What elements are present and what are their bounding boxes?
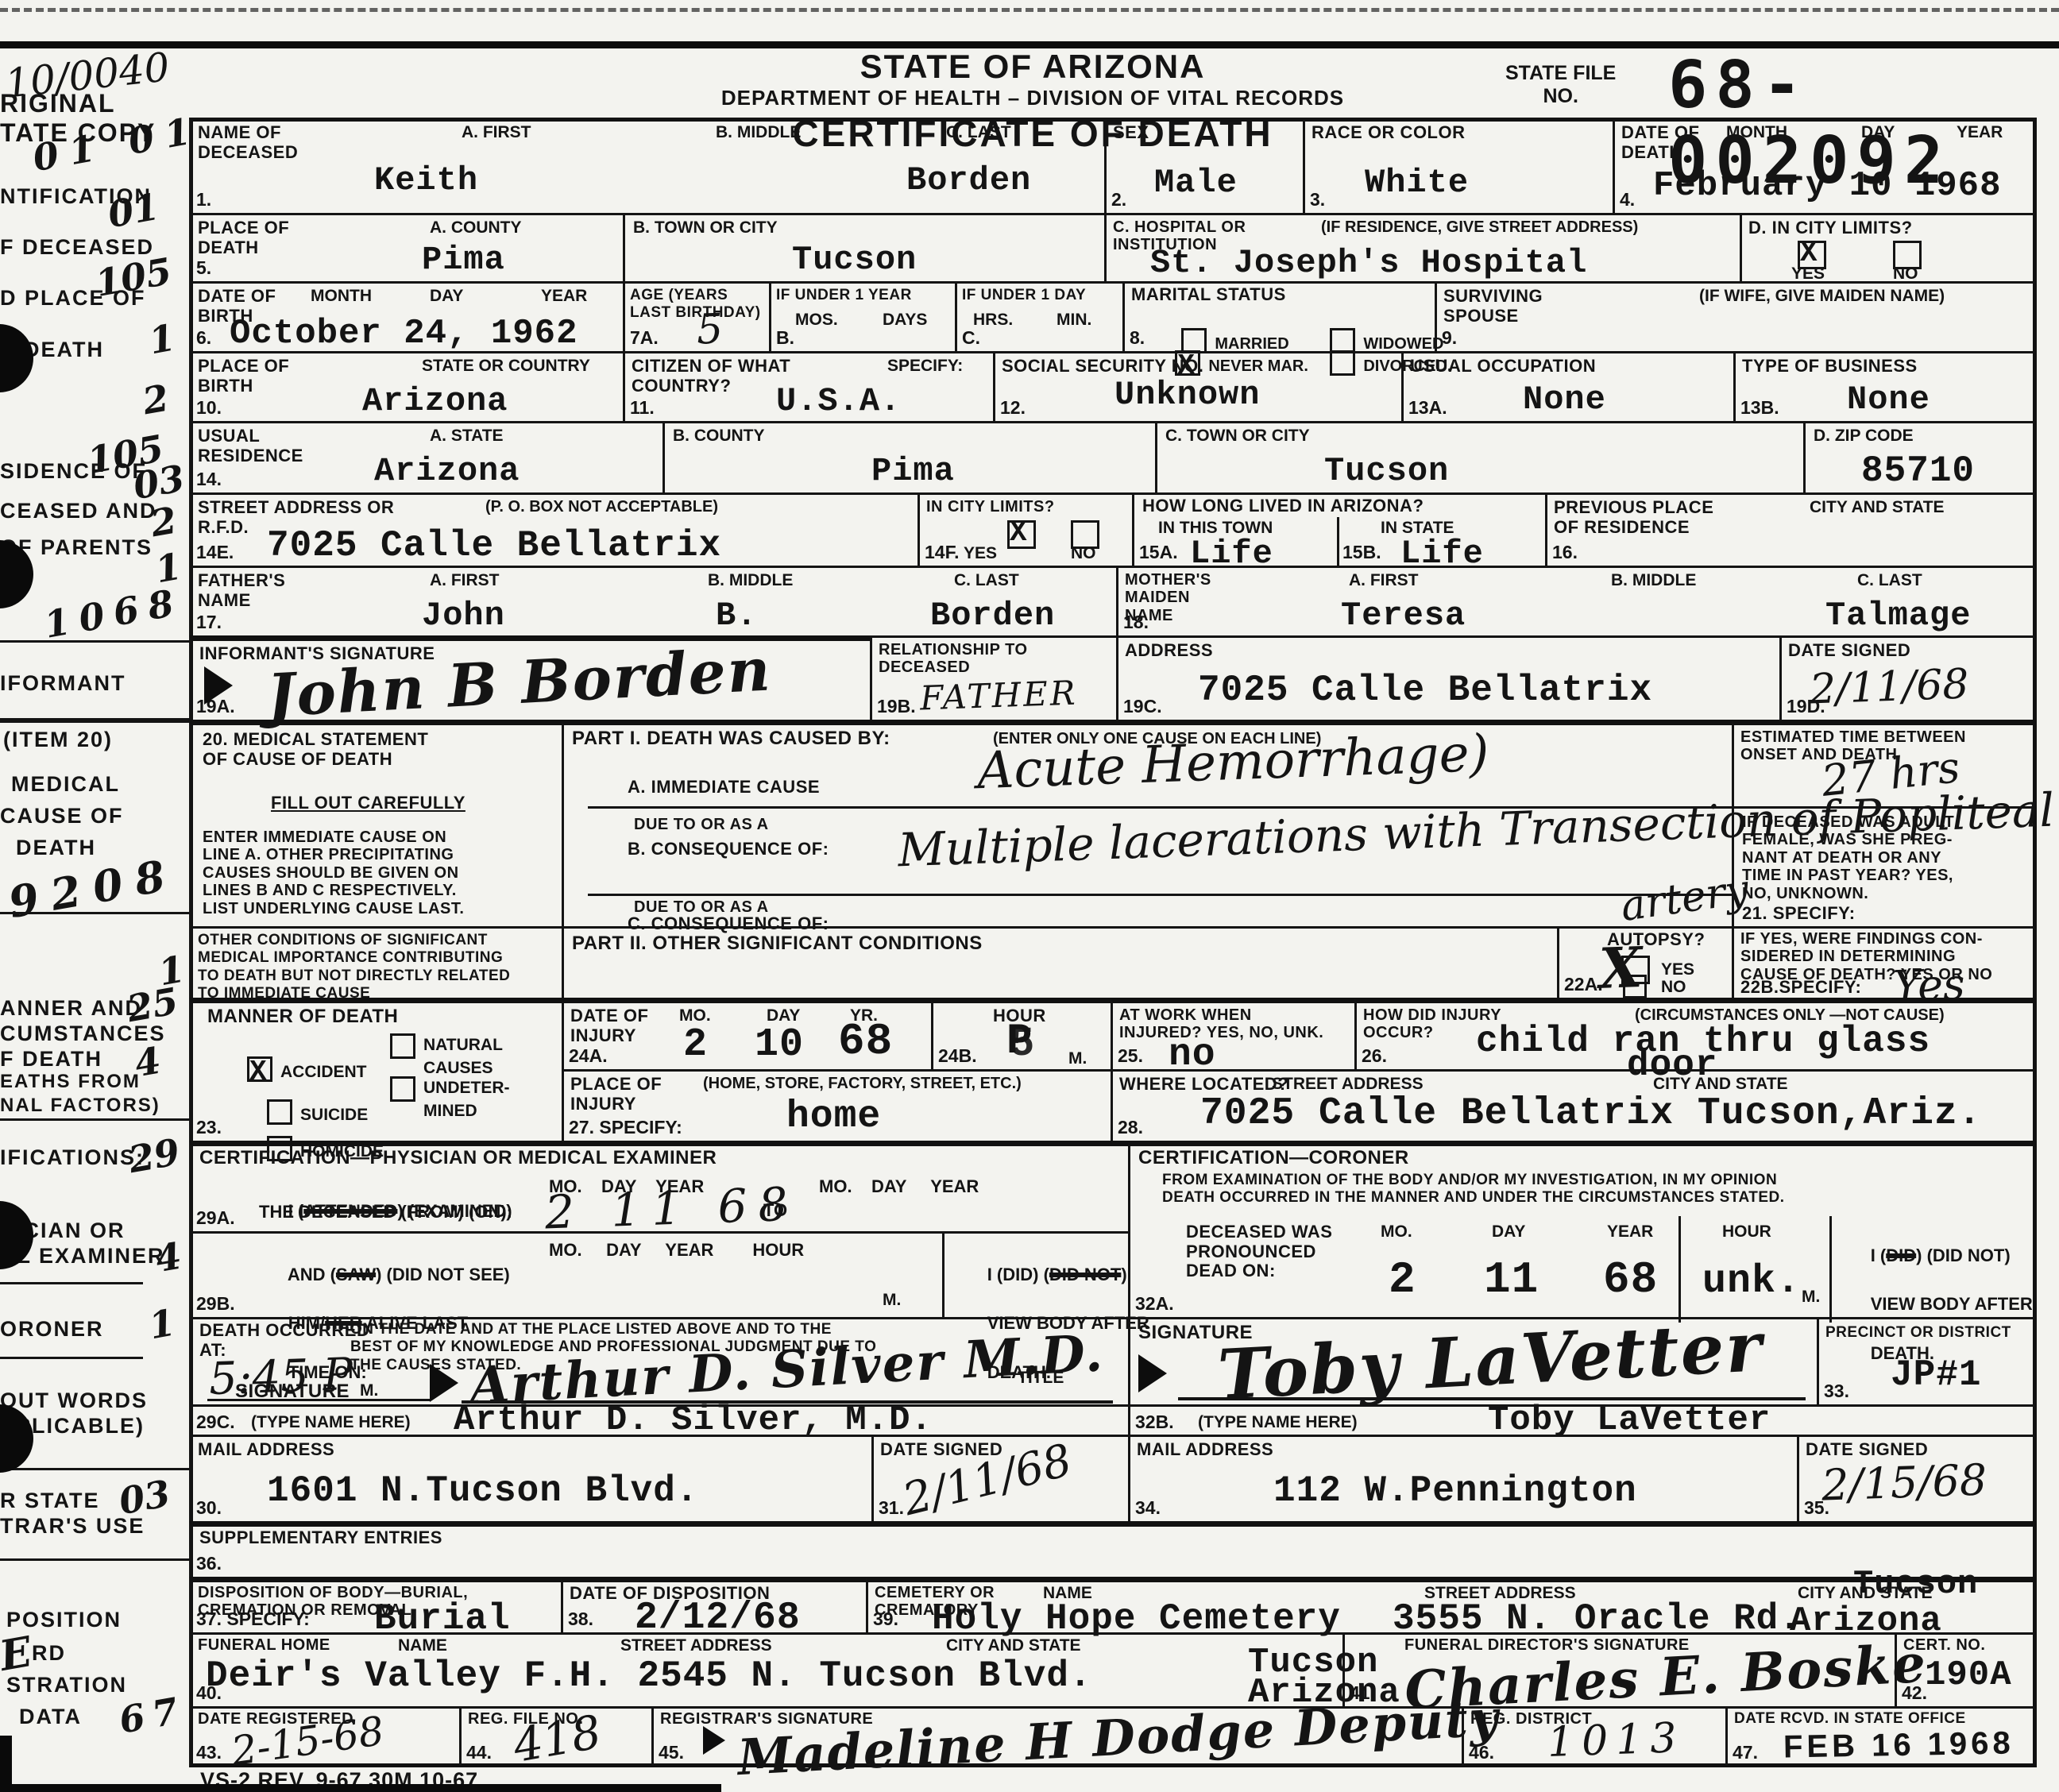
sub-county: B. COUNTY bbox=[673, 427, 765, 446]
field-zip-code: D. ZIP CODE 85710 bbox=[1803, 421, 2035, 492]
value-pronounced-day: 11 bbox=[1484, 1254, 1539, 1305]
value-occupation: None bbox=[1523, 380, 1606, 419]
divider bbox=[1337, 517, 1339, 566]
label: WHERE LOCATED? bbox=[1119, 1075, 1288, 1095]
field-cert-no: CERT. NO. 42. 190A bbox=[1895, 1632, 2035, 1706]
field-residence-state: USUAL RESIDENCE A. STATE 14. Arizona bbox=[189, 421, 663, 492]
label: PLACE OF BIRTH bbox=[198, 357, 289, 396]
sub-months: MOS. bbox=[795, 311, 838, 330]
death-certificate-scan: 10/0040 RIGINAL TATE COPY STATE OF ARIZO… bbox=[0, 0, 2059, 1792]
value-date-of-death: February 10 1968 bbox=[1653, 166, 2001, 206]
type-name-label: (TYPE NAME HERE) bbox=[251, 1413, 411, 1432]
struck-did-not: DID NOT bbox=[1049, 1265, 1121, 1284]
margin-informant: IFORMANT bbox=[0, 671, 126, 696]
field-precinct: PRECINCT OR DISTRICT 33. JP#1 bbox=[1817, 1317, 2035, 1404]
sub-last: C. LAST bbox=[946, 123, 1011, 142]
signature-arrow-icon bbox=[1138, 1354, 1167, 1392]
sub-county: A. COUNTY bbox=[430, 218, 522, 238]
item-number: 23. bbox=[196, 1117, 222, 1138]
value-father-last: Borden bbox=[930, 597, 1055, 635]
field-place-of-birth: PLACE OF BIRTH STATE OR COUNTRY 10. Ariz… bbox=[189, 351, 623, 421]
divider bbox=[1829, 1216, 1832, 1323]
field-surviving-spouse: SURVIVING SPOUSE (IF WIFE, GIVE MAIDEN N… bbox=[1435, 281, 2035, 351]
item-number: 3. bbox=[1310, 189, 1325, 210]
label: FUNERAL HOME bbox=[198, 1636, 330, 1654]
field-date-of-disposition: DATE OF DISPOSITION 38. 2/12/68 bbox=[561, 1577, 866, 1632]
sub-town: B. TOWN OR CITY bbox=[633, 218, 778, 238]
item-number: 26. bbox=[1362, 1045, 1387, 1067]
label: PREVIOUS PLACE OF RESIDENCE bbox=[1554, 498, 1713, 537]
item-number: 45. bbox=[659, 1742, 684, 1763]
margin-hw-4b: 4 bbox=[153, 1234, 185, 1281]
value-race: White bbox=[1365, 164, 1469, 202]
sub-state: A. STATE bbox=[430, 427, 504, 446]
item-number: 19B. bbox=[877, 696, 916, 717]
signature-arrow-icon bbox=[703, 1726, 725, 1755]
manner-natural: NATURAL CAUSES bbox=[390, 1033, 503, 1080]
value-birthplace: Arizona bbox=[362, 382, 508, 420]
label: SEX bbox=[1113, 123, 1149, 143]
text: OTHER CONDITIONS OF SIGNIFICANT MEDICAL … bbox=[198, 932, 510, 1003]
field-physician-mail-address: MAIL ADDRESS 30. 1601 N.Tucson Blvd. bbox=[189, 1435, 871, 1521]
value-date-signed: 2/15/68 bbox=[1821, 1454, 1988, 1510]
item-number: 29B. bbox=[196, 1293, 235, 1315]
label: SOCIAL SECURITY NO. bbox=[1002, 357, 1203, 377]
item-number: 44. bbox=[466, 1742, 492, 1763]
value-mail-address: 112 W.Pennington bbox=[1273, 1470, 1637, 1512]
item-number: 32B. bbox=[1135, 1412, 1174, 1433]
certification-title: CERTIFICATION—CORONER bbox=[1138, 1148, 1409, 1169]
value-mother-last: Talmage bbox=[1825, 597, 1971, 635]
value-injury-year: 68 bbox=[838, 1016, 893, 1067]
natural-label: NATURAL CAUSES bbox=[423, 1033, 503, 1080]
item-number: 14E. bbox=[196, 542, 234, 563]
instructions: ENTER IMMEDIATE CAUSE ON LINE A. OTHER P… bbox=[203, 828, 464, 917]
value-residence-state: Arizona bbox=[374, 452, 520, 490]
m-label: M. bbox=[360, 1381, 378, 1400]
margin-registrars-use: TRAR'S USE bbox=[0, 1514, 145, 1539]
yes-label: YES bbox=[964, 544, 997, 563]
field-citizen-of: CITIZEN OF WHAT COUNTRY? SPECIFY: 11. U.… bbox=[623, 351, 993, 421]
value-date-signed: 2/11/68 bbox=[1809, 661, 1969, 714]
value-hour-p: P bbox=[1006, 1018, 1033, 1066]
m-label: M. bbox=[1068, 1049, 1087, 1068]
margin-death-2: DEATH bbox=[16, 836, 96, 860]
label: DATE OF INJURY bbox=[570, 1006, 648, 1045]
field-residence-city: C. TOWN OR CITY Tucson bbox=[1155, 421, 1803, 492]
value-informant-address: 7025 Calle Bellatrix bbox=[1198, 670, 1652, 711]
value-first-name: Keith bbox=[374, 161, 478, 199]
value-pronounced-month: 2 bbox=[1389, 1254, 1416, 1305]
field-date-of-injury: DATE OF INJURY MO. DAY YR. 24A. 2 10 68 bbox=[562, 998, 931, 1069]
deceased-from-on: THE DECEASED (FROM) (ON): bbox=[259, 1200, 512, 1225]
field-reg-district: REG. DISTRICT 46. 1013 bbox=[1462, 1706, 1725, 1766]
no-label: NO bbox=[1661, 978, 1686, 997]
label: USUAL RESIDENCE bbox=[198, 427, 303, 465]
value-mail-address: 1601 N.Tucson Blvd. bbox=[267, 1470, 699, 1512]
margin-divider bbox=[0, 1558, 189, 1561]
field-date-registered: DATE REGISTERED 43. 2-15-68 bbox=[189, 1706, 459, 1766]
label: HOW LONG LIVED IN ARIZONA? bbox=[1142, 496, 1424, 516]
sub-first: A. FIRST bbox=[1349, 571, 1419, 590]
sub-state-or-country: STATE OR COUNTRY bbox=[422, 357, 590, 376]
margin-residence: SIDENCE OF bbox=[0, 459, 147, 484]
m-label: M. bbox=[883, 1291, 901, 1310]
date-columns-to: MO. DAY YEAR bbox=[819, 1175, 979, 1199]
label: ADDRESS bbox=[1125, 641, 1213, 661]
field-cemetery: CEMETERY OR CREMATORY NAME STREET ADDRES… bbox=[866, 1577, 2035, 1632]
certification-title: CERTIFICATION—PHYSICIAN OR MEDICAL EXAMI… bbox=[199, 1148, 717, 1169]
sub-year: YEAR bbox=[1607, 1222, 1653, 1242]
field-certification-physician: CERTIFICATION—PHYSICIAN OR MEDICAL EXAMI… bbox=[189, 1141, 1128, 1231]
label: DATE SIGNED bbox=[1788, 641, 1910, 661]
item-number: 28. bbox=[1118, 1117, 1143, 1138]
sub-city-state: CITY AND STATE bbox=[946, 1636, 1081, 1655]
value-cemetery-city: Tucson bbox=[1853, 1565, 1978, 1603]
field-coroner-mail-address: MAIL ADDRESS 34. 112 W.Pennington bbox=[1128, 1435, 1797, 1521]
sub-city-state: CITY AND STATE bbox=[1653, 1075, 1788, 1094]
item-number-15b: 15B. bbox=[1342, 542, 1381, 563]
item-number: 36. bbox=[196, 1553, 222, 1574]
label: CITIZEN OF WHAT COUNTRY? bbox=[632, 357, 790, 396]
field-funeral-home: FUNERAL HOME NAME STREET ADDRESS CITY AN… bbox=[189, 1632, 1342, 1706]
field-part2: PART II. OTHER SIGNIFICANT CONDITIONS bbox=[562, 926, 1557, 998]
label: MARITAL STATUS bbox=[1131, 285, 1286, 305]
margin-divider bbox=[0, 1357, 143, 1359]
field-physician-signature: DEATH OCCURRED AT: 5:45 P M. ON THE DATE… bbox=[189, 1317, 1128, 1404]
field-if-under-1-day: IF UNDER 1 DAY HRS. MIN. C. bbox=[955, 281, 1122, 351]
field-place-of-death-county: PLACE OF DEATH A. COUNTY 5. Pima bbox=[189, 213, 623, 281]
sub-street: STREET ADDRESS bbox=[1272, 1075, 1424, 1094]
undetermined-label: UNDETER- MINED bbox=[423, 1076, 510, 1123]
signature-label: SIGNATURE bbox=[235, 1381, 350, 1403]
value-street-address: 7025 Calle Bellatrix bbox=[267, 525, 721, 566]
margin-hw-1: 1 bbox=[146, 316, 179, 363]
item-number: 42. bbox=[1902, 1682, 1927, 1704]
sub-town: C. TOWN OR CITY bbox=[1165, 427, 1310, 446]
item-number: 17. bbox=[196, 612, 222, 633]
value-ssn: Unknown bbox=[1114, 376, 1260, 414]
value-cert-no: 190A bbox=[1925, 1655, 2012, 1695]
margin-place-of: D PLACE OF bbox=[0, 286, 146, 311]
value-injury-month: 2 bbox=[683, 1022, 708, 1068]
torn-edge-line bbox=[0, 8, 2059, 12]
field-physician-date-signed: DATE SIGNED 31. 2/11/68 bbox=[871, 1435, 1128, 1521]
field-residence-county: B. COUNTY Pima bbox=[663, 421, 1155, 492]
label: FATHER'S NAME bbox=[198, 571, 285, 610]
value-last-name: Borden bbox=[906, 161, 1031, 199]
field-place-of-death-city: B. TOWN OR CITY Tucson bbox=[623, 213, 1104, 281]
type-name-label: (TYPE NAME HERE) bbox=[1198, 1413, 1358, 1432]
sub-year: YEAR bbox=[1957, 123, 2003, 142]
value-age: 5 bbox=[696, 305, 724, 353]
item-number: 34. bbox=[1135, 1497, 1161, 1519]
fill-out-carefully: FILL OUT CAREFULLY bbox=[271, 794, 465, 813]
field-type-of-business: TYPE OF BUSINESS 13B. None bbox=[1733, 351, 2035, 421]
label: RELATIONSHIP TO DECEASED bbox=[879, 641, 1028, 677]
label: SURVIVING SPOUSE bbox=[1443, 287, 1543, 326]
item-number: 31. bbox=[879, 1497, 904, 1519]
punch-hole bbox=[0, 324, 33, 392]
field-findings-considered: IF YES, WERE FINDINGS CON- SIDERED IN DE… bbox=[1732, 926, 2035, 998]
field-hospital: C. HOSPITAL OR INSTITUTION (IF RESIDENCE… bbox=[1104, 213, 1740, 281]
value-date-received-stamp: FEB 16 1968 bbox=[1783, 1725, 2015, 1765]
text: I ( bbox=[1871, 1246, 1887, 1265]
divider bbox=[942, 1234, 945, 1317]
m-label: M. bbox=[1802, 1288, 1820, 1307]
cause-line-b bbox=[588, 894, 1734, 896]
item-number: 12. bbox=[1000, 397, 1026, 419]
text: AND ( bbox=[288, 1265, 336, 1284]
field-street-address: STREET ADDRESS OR R.F.D. (P. O. BOX NOT … bbox=[189, 492, 917, 566]
field-relationship: RELATIONSHIP TO DECEASED 19B. FATHER bbox=[870, 635, 1116, 720]
part1-title: PART I. DEATH WAS CAUSED BY: bbox=[572, 728, 890, 750]
sub-city-state: CITY AND STATE bbox=[1810, 498, 1945, 517]
item-number: 2. bbox=[1111, 189, 1126, 210]
margin-divider bbox=[0, 1468, 189, 1470]
title-label: TITLE bbox=[1018, 1369, 1064, 1388]
item-number: 14F. bbox=[925, 542, 959, 563]
item-number: 7A. bbox=[630, 327, 659, 349]
item-number: 32A. bbox=[1135, 1293, 1174, 1315]
label: IF UNDER 1 DAY bbox=[962, 287, 1086, 304]
value-precinct: JP#1 bbox=[1891, 1354, 1981, 1396]
margin-divider bbox=[0, 1118, 189, 1121]
checkbox-autopsy-no bbox=[1623, 975, 1647, 998]
department-title: DEPARTMENT OF HEALTH – DIVISION OF VITAL… bbox=[556, 86, 1509, 110]
value-funeral-home: Deir's Valley F.H. 2545 N. Tucson Blvd. bbox=[206, 1655, 1092, 1697]
sub-day: DAY bbox=[430, 287, 463, 306]
field-date-of-birth: DATE OF BIRTH MONTH DAY YEAR 6. October … bbox=[189, 281, 623, 351]
value-business: None bbox=[1847, 380, 1930, 419]
item-number: 16. bbox=[1552, 542, 1578, 563]
item-number: 9. bbox=[1442, 327, 1457, 349]
margin-stration: STRATION bbox=[6, 1673, 127, 1697]
item-number: 25. bbox=[1118, 1045, 1143, 1067]
item-number: 29C. bbox=[196, 1412, 235, 1433]
note: (P. O. BOX NOT ACCEPTABLE) bbox=[485, 498, 718, 516]
struck-did: DID bbox=[1886, 1246, 1916, 1265]
field-informant-date-signed: DATE SIGNED 19D. 2/11/68 bbox=[1779, 635, 2035, 720]
field-autopsy: AUTOPSY? X YES 22A. NO bbox=[1557, 926, 1732, 998]
checkbox-natural bbox=[390, 1033, 415, 1059]
item-number: 13A. bbox=[1408, 397, 1447, 419]
field-part1-cause: PART I. DEATH WAS CAUSED BY: (ENTER ONLY… bbox=[562, 720, 1732, 926]
field-physician-typed-name: 29C. (TYPE NAME HERE) Arthur D. Silver, … bbox=[189, 1404, 1128, 1435]
field-date-received: DATE RCVD. IN STATE OFFICE 47. FEB 16 19… bbox=[1725, 1706, 2035, 1766]
signature-arrow-icon bbox=[204, 666, 233, 705]
divider bbox=[1678, 1216, 1681, 1323]
item-number: 24A. bbox=[569, 1045, 608, 1067]
immediate-cause-label: A. IMMEDIATE CAUSE bbox=[628, 778, 820, 798]
item-number: 14. bbox=[196, 469, 222, 490]
field-race: RACE OR COLOR 3. White bbox=[1303, 118, 1613, 213]
sub-first: A. FIRST bbox=[430, 571, 500, 590]
margin-hw-1d: 1 bbox=[146, 1301, 179, 1348]
label: D. IN CITY LIMITS? bbox=[1748, 218, 1913, 238]
field-place-of-injury: PLACE OF INJURY (HOME, STORE, FACTORY, S… bbox=[562, 1069, 1111, 1141]
item-number: B. bbox=[776, 327, 794, 349]
item-number: 38. bbox=[568, 1609, 593, 1630]
value-residence-county: Pima bbox=[871, 452, 955, 490]
specify-label: 22B.SPECIFY: bbox=[1740, 978, 1861, 998]
margin-medical: MEDICAL bbox=[11, 772, 120, 797]
field-father-name: FATHER'S NAME A. FIRST B. MIDDLE C. LAST… bbox=[189, 566, 1116, 635]
item-number: 37. SPECIFY: bbox=[196, 1609, 310, 1630]
field-coroner-signature: SIGNATURE Toby LaVetter bbox=[1128, 1317, 1817, 1404]
field-estimated-time: ESTIMATED TIME BETWEEN ONSET AND DEATH 2… bbox=[1732, 720, 2035, 806]
value-pronounced-hour: unk. bbox=[1702, 1259, 1801, 1304]
field-how-injury-occurred: HOW DID INJURY OCCUR? (CIRCUMSTANCES ONL… bbox=[1354, 998, 2035, 1069]
margin-divider bbox=[0, 640, 189, 643]
sub-name: NAME bbox=[398, 1636, 447, 1655]
state-file-label: STATE FILE NO. bbox=[1505, 62, 1616, 108]
value-sex: Male bbox=[1154, 164, 1238, 202]
margin-ceased-and: CEASED AND bbox=[0, 499, 157, 523]
item-number-15a: 15A. bbox=[1139, 542, 1178, 563]
margin-item-20: (ITEM 20) bbox=[3, 728, 113, 752]
consequence-b-label: B. CONSEQUENCE OF: bbox=[628, 840, 829, 859]
margin-rd: RD bbox=[32, 1641, 66, 1666]
value-residence-city: Tucson bbox=[1324, 452, 1449, 490]
value-injury-day: 10 bbox=[755, 1022, 804, 1068]
item-number: 33. bbox=[1824, 1381, 1849, 1402]
field-mother-maiden-name: MOTHER'S MAIDEN NAME A. FIRST B. MIDDLE … bbox=[1116, 566, 2035, 635]
sub-month: MONTH bbox=[311, 287, 372, 306]
field-hour-of-injury: HOUR 5 P M. 24B. bbox=[931, 998, 1111, 1069]
margin-hw-1068: 1068 bbox=[41, 580, 187, 647]
item-number: 47. bbox=[1733, 1742, 1758, 1763]
margin-hw-29: 29 bbox=[126, 1130, 183, 1181]
struck-saw: SAW bbox=[336, 1265, 376, 1284]
margin-coroner: ORONER bbox=[0, 1317, 104, 1342]
field-in-city-limits-2: IN CITY LIMITS? X 14F. YES NO bbox=[917, 492, 1132, 566]
label: NAME OF DECEASED bbox=[198, 123, 298, 162]
field-social-security: SOCIAL SECURITY NO. 12. Unknown bbox=[993, 351, 1401, 421]
label: IF UNDER 1 YEAR bbox=[776, 287, 912, 304]
label: MAIL ADDRESS bbox=[1137, 1440, 1273, 1460]
question-text: IF DECEASED WAS ADULT FEMALE, WAS SHE PR… bbox=[1742, 813, 1954, 902]
margin-code-top: 01 018 bbox=[29, 102, 189, 180]
field-pregnancy-question: IF DECEASED WAS ADULT FEMALE, WAS SHE PR… bbox=[1732, 806, 2035, 926]
note: (IF RESIDENCE, GIVE STREET ADDRESS) bbox=[1321, 218, 1638, 237]
value-where-located: 7025 Calle Bellatrix Tucson,Ariz. bbox=[1200, 1092, 1982, 1135]
item-number: C. bbox=[962, 327, 980, 349]
field-where-located: WHERE LOCATED? STREET ADDRESS CITY AND S… bbox=[1111, 1069, 2035, 1141]
left-margin-stub: 01 018 NTIFICATION 01 F DECEASED 105 D P… bbox=[0, 0, 189, 1792]
value-citizenship: U.S.A. bbox=[776, 382, 901, 420]
value-date-of-birth: October 24, 1962 bbox=[230, 314, 578, 353]
sub-last: C. LAST bbox=[954, 571, 1019, 590]
margin-hw-2: 2 bbox=[140, 377, 172, 423]
label: PLACE OF DEATH bbox=[198, 218, 289, 257]
text: ) (DID NOT SEE) bbox=[376, 1265, 510, 1284]
item-number: 8. bbox=[1130, 327, 1145, 349]
field-age: AGE (YEARS LAST BIRTHDAY) 7A. 5 bbox=[623, 281, 769, 351]
field-in-city-limits: D. IN CITY LIMITS? X YES NO bbox=[1740, 213, 2035, 281]
margin-of-death: F DEATH bbox=[0, 1047, 102, 1072]
text: ) bbox=[1121, 1265, 1126, 1284]
sub-middle: B. MIDDLE bbox=[708, 571, 793, 590]
sub-month: MO. bbox=[1381, 1222, 1412, 1242]
label: USUAL OCCUPATION bbox=[1410, 357, 1596, 377]
part2-title: PART II. OTHER SIGNIFICANT CONDITIONS bbox=[572, 933, 983, 955]
sub-specify: SPECIFY: bbox=[887, 357, 963, 376]
value-zip: 85710 bbox=[1861, 450, 1975, 492]
note: (IF WIFE, GIVE MAIDEN NAME) bbox=[1699, 287, 1945, 306]
field-marital-status: MARITAL STATUS MARRIED WIDOWED XNEVER MA… bbox=[1122, 281, 1435, 351]
signature-arrow-icon bbox=[430, 1364, 458, 1402]
field-supplementary-entries: SUPPLEMENTARY ENTRIES 36. bbox=[189, 1521, 2035, 1577]
field-informant-address: ADDRESS 19C. 7025 Calle Bellatrix bbox=[1116, 635, 1779, 720]
value-place-of-injury: home bbox=[786, 1095, 881, 1138]
sub-last: C. LAST bbox=[1857, 571, 1922, 590]
label: RACE OR COLOR bbox=[1312, 123, 1466, 143]
specify-label: 21. SPECIFY: bbox=[1742, 904, 1856, 924]
margin-out-words: OUT WORDS bbox=[0, 1388, 148, 1413]
margin-divider bbox=[0, 912, 189, 914]
text: VIEW BODY AFTER bbox=[1871, 1294, 2033, 1314]
checkbox-undetermined bbox=[390, 1076, 415, 1102]
sub-year: YEAR bbox=[541, 287, 587, 306]
margin-hw-01: 01 bbox=[105, 185, 162, 236]
pronounced-label: DECEASED WAS PRONOUNCED DEAD ON: bbox=[1186, 1222, 1332, 1281]
item-number: 24B. bbox=[938, 1045, 977, 1067]
field-saw-alive: AND (SAW) (DID NOT SEE) HIM/HER ALIVE LA… bbox=[189, 1231, 1128, 1317]
field-sex: SEX 2. Male bbox=[1104, 118, 1303, 213]
field-coroner-typed-name: 32B. (TYPE NAME HERE) Toby LaVetter bbox=[1128, 1404, 2035, 1435]
certification-statement: FROM EXAMINATION OF THE BODY AND/OR MY I… bbox=[1162, 1172, 1785, 1207]
due-to-b: DUE TO OR AS A bbox=[634, 816, 769, 833]
value-relationship: FATHER bbox=[919, 674, 1078, 718]
item-number: 30. bbox=[196, 1497, 222, 1519]
text: I (DID) ( bbox=[987, 1265, 1049, 1284]
field-coroner-date-signed: DATE SIGNED 35. 2/15/68 bbox=[1797, 1435, 2035, 1521]
item-number: 19C. bbox=[1123, 696, 1162, 717]
label: TYPE OF BUSINESS bbox=[1742, 357, 1918, 377]
text: ) (DID NOT) bbox=[1916, 1246, 2011, 1265]
label: PLACE OF INJURY bbox=[570, 1075, 662, 1114]
label: SUPPLEMENTARY ENTRIES bbox=[199, 1528, 442, 1548]
value-examined-date: 2 11 68 bbox=[544, 1176, 800, 1239]
field-if-under-1-year: IF UNDER 1 YEAR MOS. DAYS B. bbox=[769, 281, 955, 351]
item-number: 13B. bbox=[1740, 397, 1779, 419]
label: DATE OF DEATH bbox=[1621, 123, 1699, 162]
check-x-mark: X bbox=[1010, 516, 1027, 549]
item-number: 27. SPECIFY: bbox=[569, 1117, 682, 1138]
label: 20. MEDICAL STATEMENT OF CAUSE OF DEATH bbox=[203, 730, 428, 769]
manner-undetermined: UNDETER- MINED bbox=[390, 1076, 510, 1123]
sub-street: STREET ADDRESS bbox=[620, 1636, 772, 1655]
date-columns: MO. DAY YEAR HOUR bbox=[549, 1238, 804, 1263]
sub-day: DAY bbox=[1492, 1222, 1525, 1242]
item-number: 22A. bbox=[1564, 974, 1603, 995]
field-at-work: AT WORK WHEN INJURED? YES, NO, UNK. 25. … bbox=[1111, 998, 1354, 1069]
margin-divider bbox=[0, 718, 189, 723]
value-county: Pima bbox=[422, 241, 505, 279]
item-number: 11. bbox=[630, 397, 655, 419]
field-medical-statement: 20. MEDICAL STATEMENT OF CAUSE OF DEATH … bbox=[189, 720, 562, 926]
checkbox-yes: X bbox=[1007, 520, 1036, 549]
state-title: STATE OF ARIZONA bbox=[556, 48, 1509, 86]
field-usual-occupation: USUAL OCCUPATION 13A. None bbox=[1401, 351, 1733, 421]
sub-minutes: MIN. bbox=[1057, 311, 1091, 330]
item-number: 10. bbox=[196, 397, 222, 419]
field-manner-of-death: MANNER OF DEATH XACCIDENT NATURAL CAUSES… bbox=[189, 998, 562, 1141]
margin-death: DEATH bbox=[24, 338, 104, 362]
label: AT WORK WHEN INJURED? YES, NO, UNK. bbox=[1119, 1006, 1323, 1042]
label: AGE (YEARS LAST BIRTHDAY) bbox=[630, 287, 761, 322]
